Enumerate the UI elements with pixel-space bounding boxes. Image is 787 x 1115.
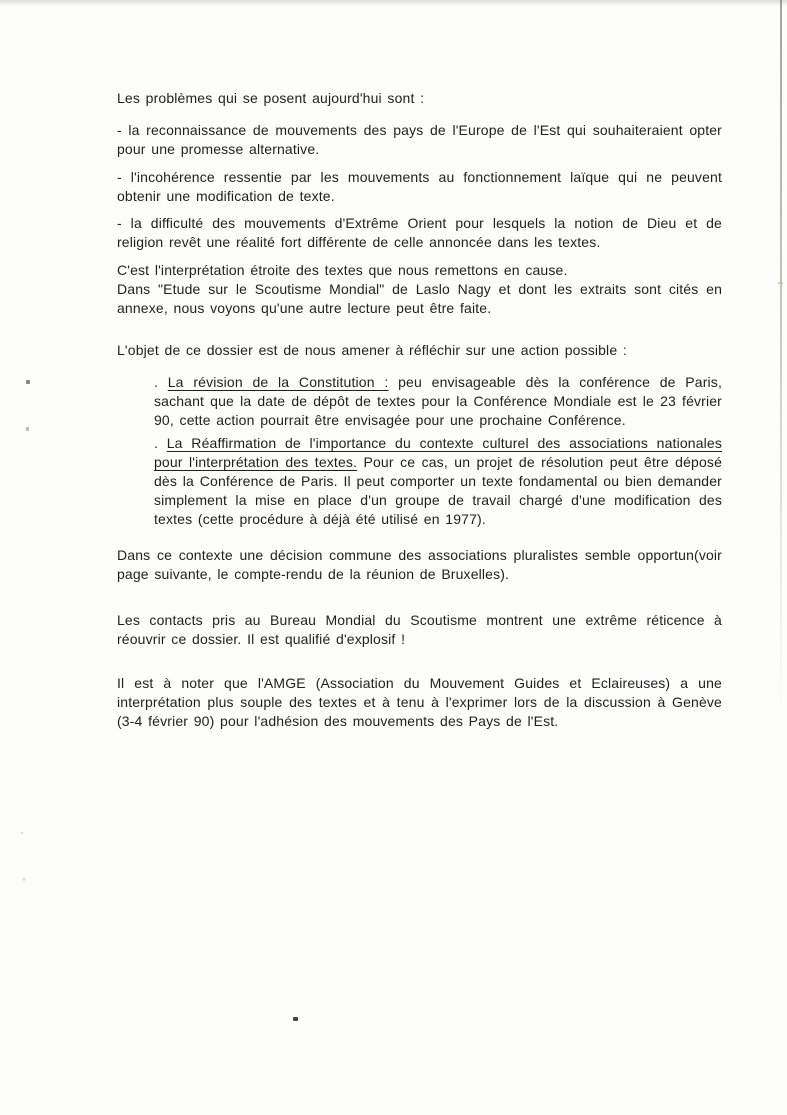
critique-line-1: C'est l'interprétation étroite des texte… [117,261,722,280]
context-paragraph: Dans ce contexte une décision commune de… [117,546,722,584]
action-1-marker: . [154,374,158,390]
scan-speck [26,427,29,431]
critique-line-2: Dans "Etude sur le Scoutisme Mondial" de… [117,280,722,318]
problem-item-3: - la difficulté des mouvements d'Extrême… [117,214,722,252]
action-1-heading: La révision de la Constitution : [168,374,389,390]
scanned-document-page: Les problèmes qui se posent aujourd'hui … [0,0,787,1115]
problem-item-1: - la reconnaissance de mouvements des pa… [117,121,722,159]
scan-top-edge-shadow [0,0,787,6]
action-item-2: . La Réaffirmation de l'importance du co… [154,434,722,529]
objective-line: L'objet de ce dossier est de nous amener… [117,341,722,360]
critique-paragraph: C'est l'interprétation étroite des texte… [117,261,722,318]
scan-right-page-edge-line [780,0,782,710]
scan-speck [23,878,25,881]
contacts-paragraph: Les contacts pris au Bureau Mondial du S… [117,611,722,649]
scan-yellow-mark [778,282,783,284]
scan-speck [293,1017,298,1021]
amge-paragraph: Il est à noter que l'AMGE (Association d… [117,674,722,731]
intro-line: Les problèmes qui se posent aujourd'hui … [117,89,722,108]
problem-item-2: - l'incohérence ressentie par les mouvem… [117,168,722,206]
action-2-marker: . [154,435,158,451]
scan-speck [21,832,23,834]
action-item-1: . La révision de la Constitution : peu e… [154,373,722,430]
scan-speck [26,380,30,384]
